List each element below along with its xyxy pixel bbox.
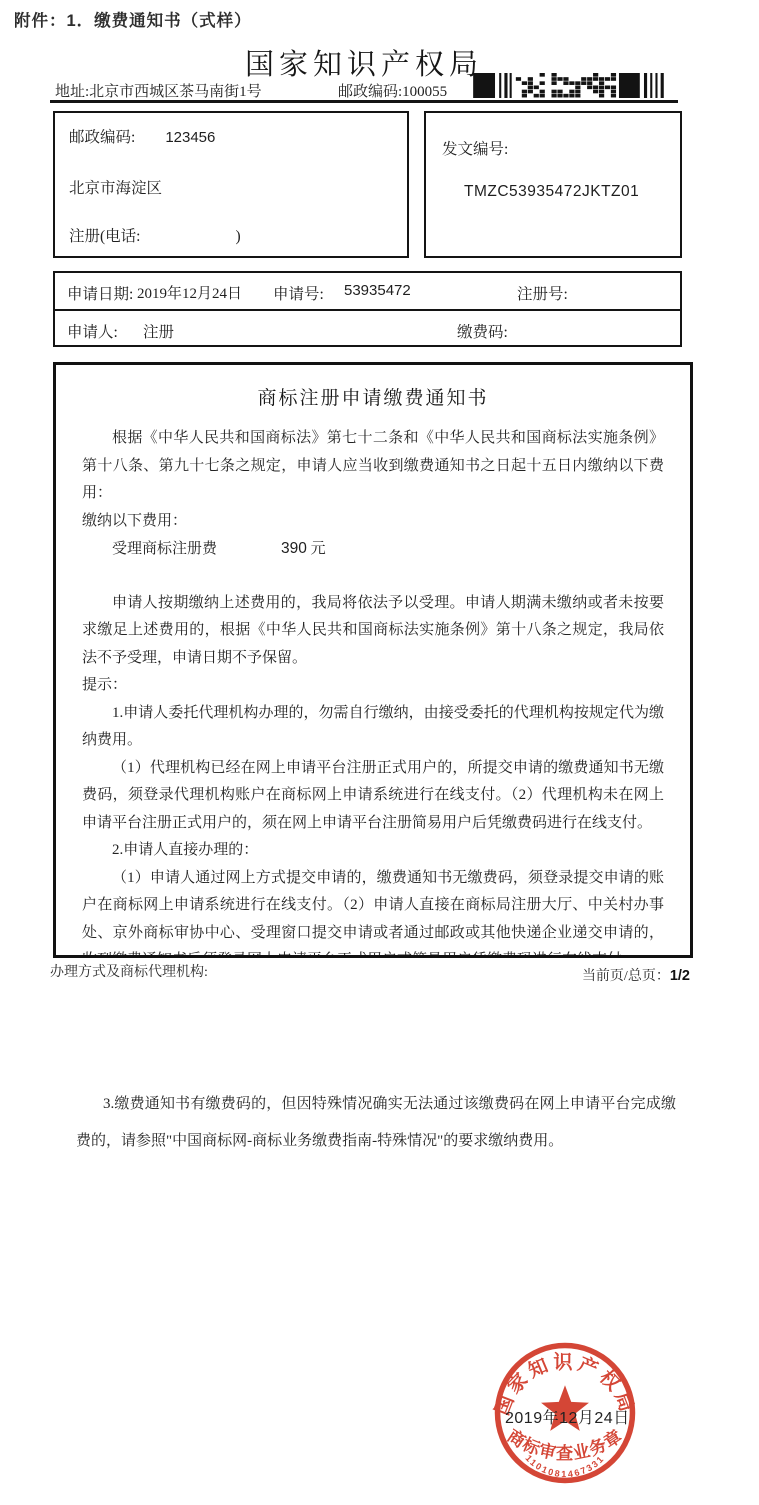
tips-label: 提示： xyxy=(82,672,664,700)
notice-legal-paragraph: 根据《中华人民共和国商标法》第七十二条和《中华人民共和国商标法实施条例》第十八条… xyxy=(82,425,664,508)
seal-bottom-text: 商标审查业务章 xyxy=(504,1425,626,1463)
recipient-postcode-label: 邮政编码: xyxy=(69,129,135,146)
recipient-postcode-value: 123456 xyxy=(165,129,215,146)
recipient-phone-close-paren: ) xyxy=(235,228,240,245)
document-number-value: TMZC53935472JKTZ01 xyxy=(464,183,639,201)
mail-barcode-icon xyxy=(463,73,676,103)
payment-code-label: 缴费码: xyxy=(457,320,508,342)
recipient-name-phone-label: 注册(电话: xyxy=(69,228,140,245)
applicant-value: 注册 xyxy=(143,320,174,342)
tip-2: 2.申请人直接办理的： xyxy=(82,837,664,865)
attachment-heading: 附件：1．缴费通知书（式样） xyxy=(14,7,252,31)
tip-1-detail: （1）代理机构已经在网上申请平台注册正式用户的，所提交申请的缴费通知书无缴费码，… xyxy=(82,755,664,838)
tip-1: 1.申请人委托代理机构办理的，勿需自行缴纳，由接受委托的代理机构按规定代为缴纳费… xyxy=(82,700,664,755)
letterhead-divider xyxy=(50,100,678,103)
application-info-row-1: 申请日期: 2019年12月24日 申请号: 53935472 注册号: xyxy=(55,273,680,309)
application-date-label: 申请日期: xyxy=(67,282,133,304)
recipient-name-phone-line: 注册(电话:) xyxy=(69,224,241,246)
seal-bottom-text-path: 商标审查业务章 xyxy=(504,1425,626,1463)
application-no-label: 申请号: xyxy=(273,282,324,304)
fee-line: 受理商标注册费390 元 xyxy=(82,535,664,564)
notice-acceptance-paragraph: 申请人按期缴纳上述费用的，我局将依法予以受理。申请人期满未缴纳或者未按要求缴足上… xyxy=(82,590,664,673)
recipient-postcode-line: 邮政编码:123456 xyxy=(69,125,215,147)
paragraph-spacer xyxy=(82,564,664,590)
payment-notice-body: 商标注册申请缴费通知书 根据《中华人民共和国商标法》第七十二条和《中华人民共和国… xyxy=(53,362,693,958)
agency-method-label: 办理方式及商标代理机构: xyxy=(50,961,208,981)
tip-3-special-cases: 3.缴费通知书有缴费码的，但因特殊情况确实无法通过该缴费码在网上申请平台完成缴费… xyxy=(76,1086,676,1160)
fee-name: 受理商标注册费 xyxy=(112,541,217,557)
application-info-table: 申请日期: 2019年12月24日 申请号: 53935472 注册号: 申请人… xyxy=(53,271,682,347)
office-address: 地址:北京市西城区茶马南街1号 xyxy=(55,80,262,101)
notice-title: 商标注册申请缴费通知书 xyxy=(82,383,664,410)
application-no-value: 53935472 xyxy=(344,282,411,299)
recipient-address-box: 邮政编码:123456 北京市海淀区 注册(电话:) xyxy=(53,111,409,258)
applicant-label: 申请人: xyxy=(67,320,118,342)
document-number-label: 发文编号: xyxy=(442,137,508,159)
recipient-address: 北京市海淀区 xyxy=(69,176,162,198)
fee-amount: 390 xyxy=(281,540,307,557)
office-postcode: 邮政编码:100055 xyxy=(338,80,447,101)
registration-no-label: 注册号: xyxy=(517,282,568,304)
application-date-value: 2019年12月24日 xyxy=(137,282,242,303)
page-indicator: 当前页/总页：1/2 xyxy=(510,965,690,985)
document-number-box: 发文编号: TMZC53935472JKTZ01 xyxy=(424,111,682,258)
page-indicator-value: 1/2 xyxy=(670,968,690,984)
application-info-row-2: 申请人: 注册 缴费码: xyxy=(55,311,680,347)
official-seal: 国家知识产权局 商标审查业务章 1101081467331 2019年12月24… xyxy=(492,1340,638,1486)
page-indicator-label: 当前页/总页： xyxy=(582,969,670,984)
decision-date: 2019年12月24日 xyxy=(505,1405,631,1428)
tip-2-detail: （1）申请人通过网上方式提交申请的，缴费通知书无缴费码，须登录提交申请的账户在商… xyxy=(82,865,664,959)
notice-legal-paragraph-cont: 缴纳以下费用： xyxy=(82,508,664,536)
fee-unit: 元 xyxy=(311,541,326,557)
